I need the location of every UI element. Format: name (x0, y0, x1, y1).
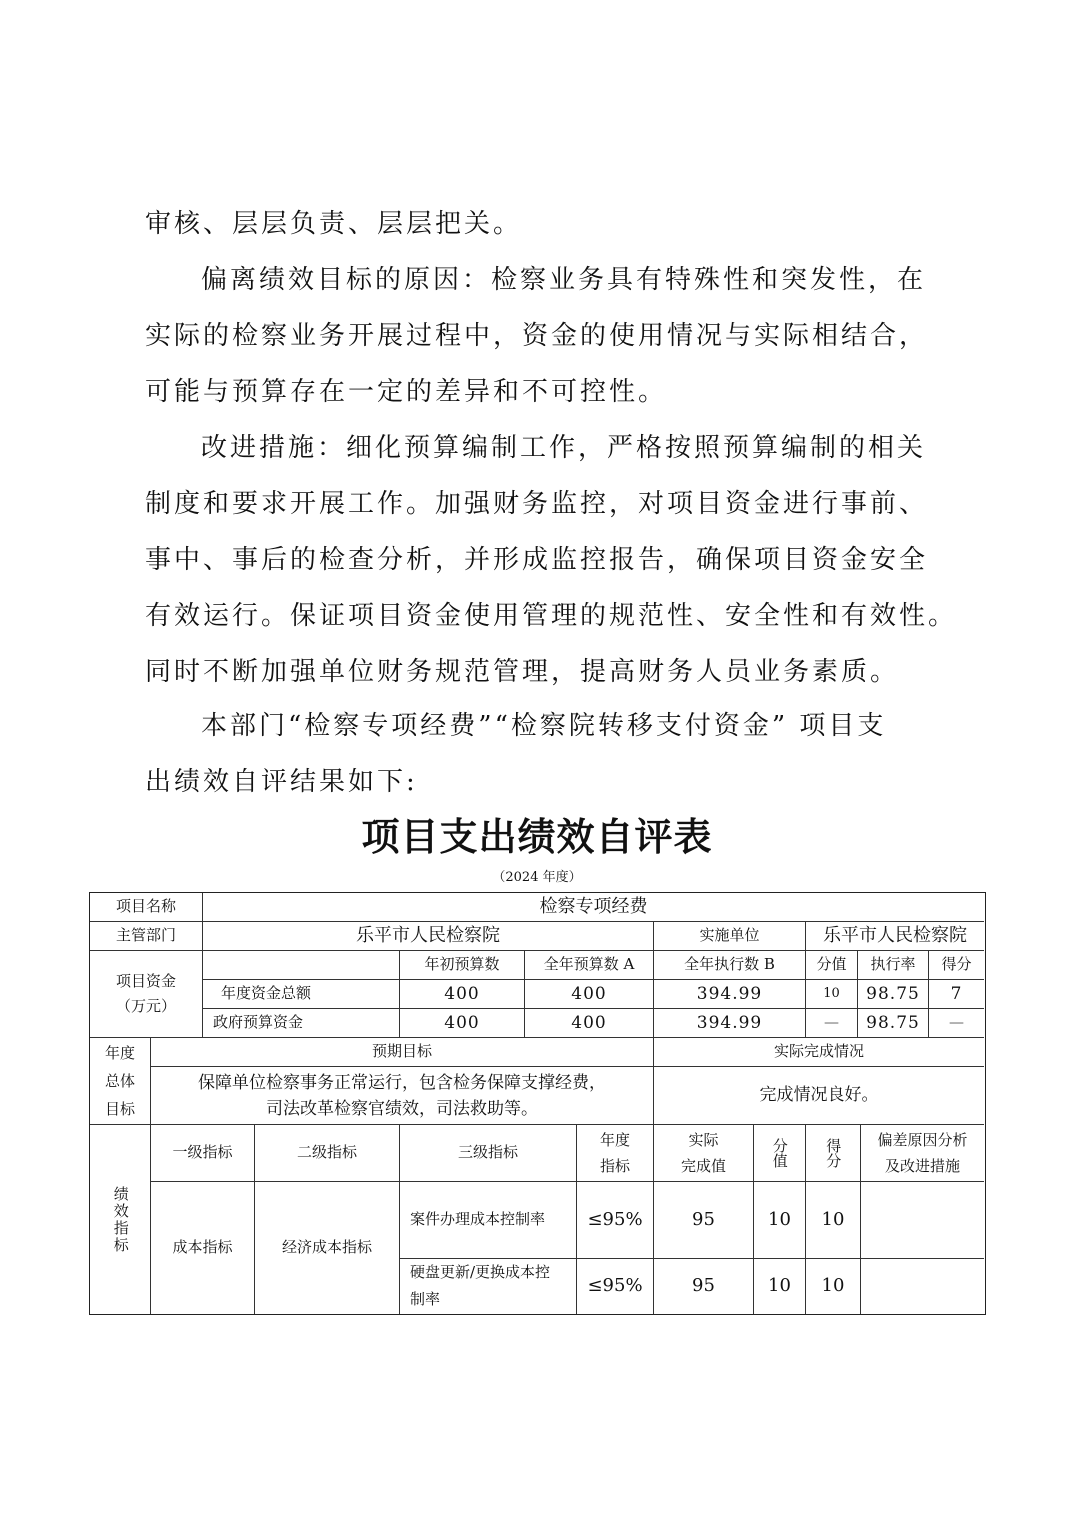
text-line: 事中、事后的检查分析，并形成监控报告，确保项目资金安全 (145, 532, 935, 588)
perf-header-score-value: 分值 (754, 1125, 806, 1182)
funds-row-score-value: 10 (806, 980, 858, 1009)
text-line: 实际的检察业务开展过程中，资金的使用情况与实际相结合， (145, 308, 935, 364)
header-line: 实际 (688, 1127, 718, 1153)
header-line: 及改进措施 (885, 1153, 960, 1179)
dept-label: 主管部门 (90, 922, 203, 951)
expected-goal-text: 保障单位检察事务正常运行，包含检务保障支撑经费， 司法改革检察官绩效，司法救助等… (151, 1067, 654, 1125)
level3-line: 硬盘更新/更换成本控 (410, 1259, 550, 1286)
table-title: 项目支出绩效自评表 (0, 806, 1074, 861)
project-name-value: 检察专项经费 (203, 893, 984, 922)
paragraph-improvement: 改进措施：细化预算编制工作，严格按照预算编制的相关 制度和要求开展工作。加强财务… (145, 420, 935, 700)
perf-level2-value: 经济成本指标 (255, 1182, 400, 1314)
paragraph-deviation-reason: 偏离绩效目标的原因：检察业务具有特殊性和突发性，在 实际的检察业务开展过程中，资… (145, 252, 935, 420)
funds-row-initial: 400 (400, 1009, 525, 1038)
perf-row-level3: 硬盘更新/更换成本控 制率 (400, 1259, 577, 1314)
perf-row-score-value: 10 (754, 1182, 806, 1259)
perf-header-level1: 一级指标 (151, 1125, 255, 1182)
actual-completion-header: 实际完成情况 (654, 1038, 984, 1067)
text-line: 同时不断加强单位财务规范管理，提高财务人员业务素质。 (145, 644, 935, 700)
perf-header-deviation: 偏差原因分析 及改进措施 (861, 1125, 984, 1182)
funds-row-rate: 98.75 (858, 980, 929, 1009)
perf-row-deviation (861, 1259, 984, 1314)
paragraph-intro-tail: 审核、层层负责、层层把关。 (145, 196, 935, 252)
funds-header-score: 得分 (929, 951, 984, 980)
annual-goal-label: 年度 总体 目标 (90, 1038, 151, 1125)
goal-label-line: 目标 (105, 1095, 135, 1123)
performance-table: 项目名称 检察专项经费 主管部门 乐平市人民检察院 实施单位 乐平市人民检察院 … (89, 892, 986, 1315)
project-name-label: 项目名称 (90, 893, 203, 922)
text-line: 审核、层层负责、层层把关。 (145, 196, 935, 252)
perf-row-target: ≤95% (577, 1182, 654, 1259)
actual-completion-text: 完成情况良好。 (654, 1067, 984, 1125)
perf-row-actual: 95 (654, 1259, 754, 1314)
dept-value: 乐平市人民检察院 (203, 922, 654, 951)
funds-header-annual: 全年预算数 A (525, 951, 654, 980)
text-line: 出绩效自评结果如下: (145, 754, 935, 810)
expected-goal-header: 预期目标 (151, 1038, 654, 1067)
goal-label-line: 年度 (105, 1039, 135, 1067)
perf-row-level3: 案件办理成本控制率 (400, 1182, 577, 1259)
funds-label-line1: 项目资金 (116, 969, 176, 995)
funds-header-executed: 全年执行数 B (654, 951, 806, 980)
perf-header-level3: 三级指标 (400, 1125, 577, 1182)
text-line: 有效运行。保证项目资金使用管理的规范性、安全性和有效性。 (145, 588, 935, 644)
goal-label-line: 总体 (105, 1067, 135, 1095)
perf-level1-value: 成本指标 (151, 1182, 255, 1314)
goal-text-line: 保障单位检察事务正常运行，包含检务保障支撑经费， (198, 1070, 606, 1096)
funds-row-label: 政府预算资金 (203, 1009, 400, 1038)
text-line: 制度和要求开展工作。加强财务监控，对项目资金进行事前、 (145, 476, 935, 532)
text-line: 偏离绩效目标的原因：检察业务具有特殊性和突发性，在 (145, 252, 935, 308)
funds-row-score: 7 (929, 980, 984, 1009)
funds-row-annual: 400 (525, 1009, 654, 1038)
funds-row-executed: 394.99 (654, 1009, 806, 1038)
funds-row-initial: 400 (400, 980, 525, 1009)
funds-row-score-value: — (806, 1009, 858, 1038)
perf-label-text: 绩效指标 (107, 1186, 133, 1254)
text-line: 本部门“检察专项经费”“检察院转移支付资金” 项目支 (145, 698, 935, 754)
perf-row-score-value: 10 (754, 1259, 806, 1314)
header-line: 指标 (600, 1153, 630, 1179)
funds-row-executed: 394.99 (654, 980, 806, 1009)
funds-label-line2: （万元） (116, 994, 176, 1020)
table-subtitle: （2024 年度） (0, 866, 1074, 885)
header-line: 年度 (600, 1127, 630, 1153)
funds-header-initial: 年初预算数 (400, 951, 525, 980)
perf-row-deviation (861, 1182, 984, 1259)
perf-indicator-label: 绩效指标 (90, 1125, 151, 1314)
perf-row-actual: 95 (654, 1182, 754, 1259)
funds-row-label: 年度资金总额 (203, 980, 400, 1009)
perf-header-level2: 二级指标 (255, 1125, 400, 1182)
level3-line: 制率 (410, 1286, 440, 1313)
funds-row-score: — (929, 1009, 984, 1038)
perf-row-score: 10 (806, 1182, 861, 1259)
funds-header-rate: 执行率 (858, 951, 929, 980)
header-text: 分值 (771, 1138, 788, 1168)
text-line: 改进措施：细化预算编制工作，严格按照预算编制的相关 (145, 420, 935, 476)
impl-unit-label: 实施单位 (654, 922, 806, 951)
header-line: 偏差原因分析 (877, 1127, 967, 1153)
impl-unit-value: 乐平市人民检察院 (806, 922, 984, 951)
funds-header-blank (203, 951, 400, 980)
perf-header-actual: 实际 完成值 (654, 1125, 754, 1182)
funds-row-annual: 400 (525, 980, 654, 1009)
goal-text-line: 司法改革检察官绩效，司法救助等。 (266, 1096, 538, 1122)
funds-row-rate: 98.75 (858, 1009, 929, 1038)
text-line: 可能与预算存在一定的差异和不可控性。 (145, 364, 935, 420)
perf-header-annual-target: 年度 指标 (577, 1125, 654, 1182)
funds-header-score-value: 分值 (806, 951, 858, 980)
header-text: 得分 (825, 1138, 842, 1168)
funds-label: 项目资金 （万元） (90, 951, 203, 1038)
perf-header-score: 得分 (806, 1125, 861, 1182)
perf-row-target: ≤95% (577, 1259, 654, 1314)
perf-row-score: 10 (806, 1259, 861, 1314)
header-line: 完成值 (681, 1153, 726, 1179)
paragraph-results-intro: 本部门“检察专项经费”“检察院转移支付资金” 项目支 出绩效自评结果如下: (145, 698, 935, 810)
